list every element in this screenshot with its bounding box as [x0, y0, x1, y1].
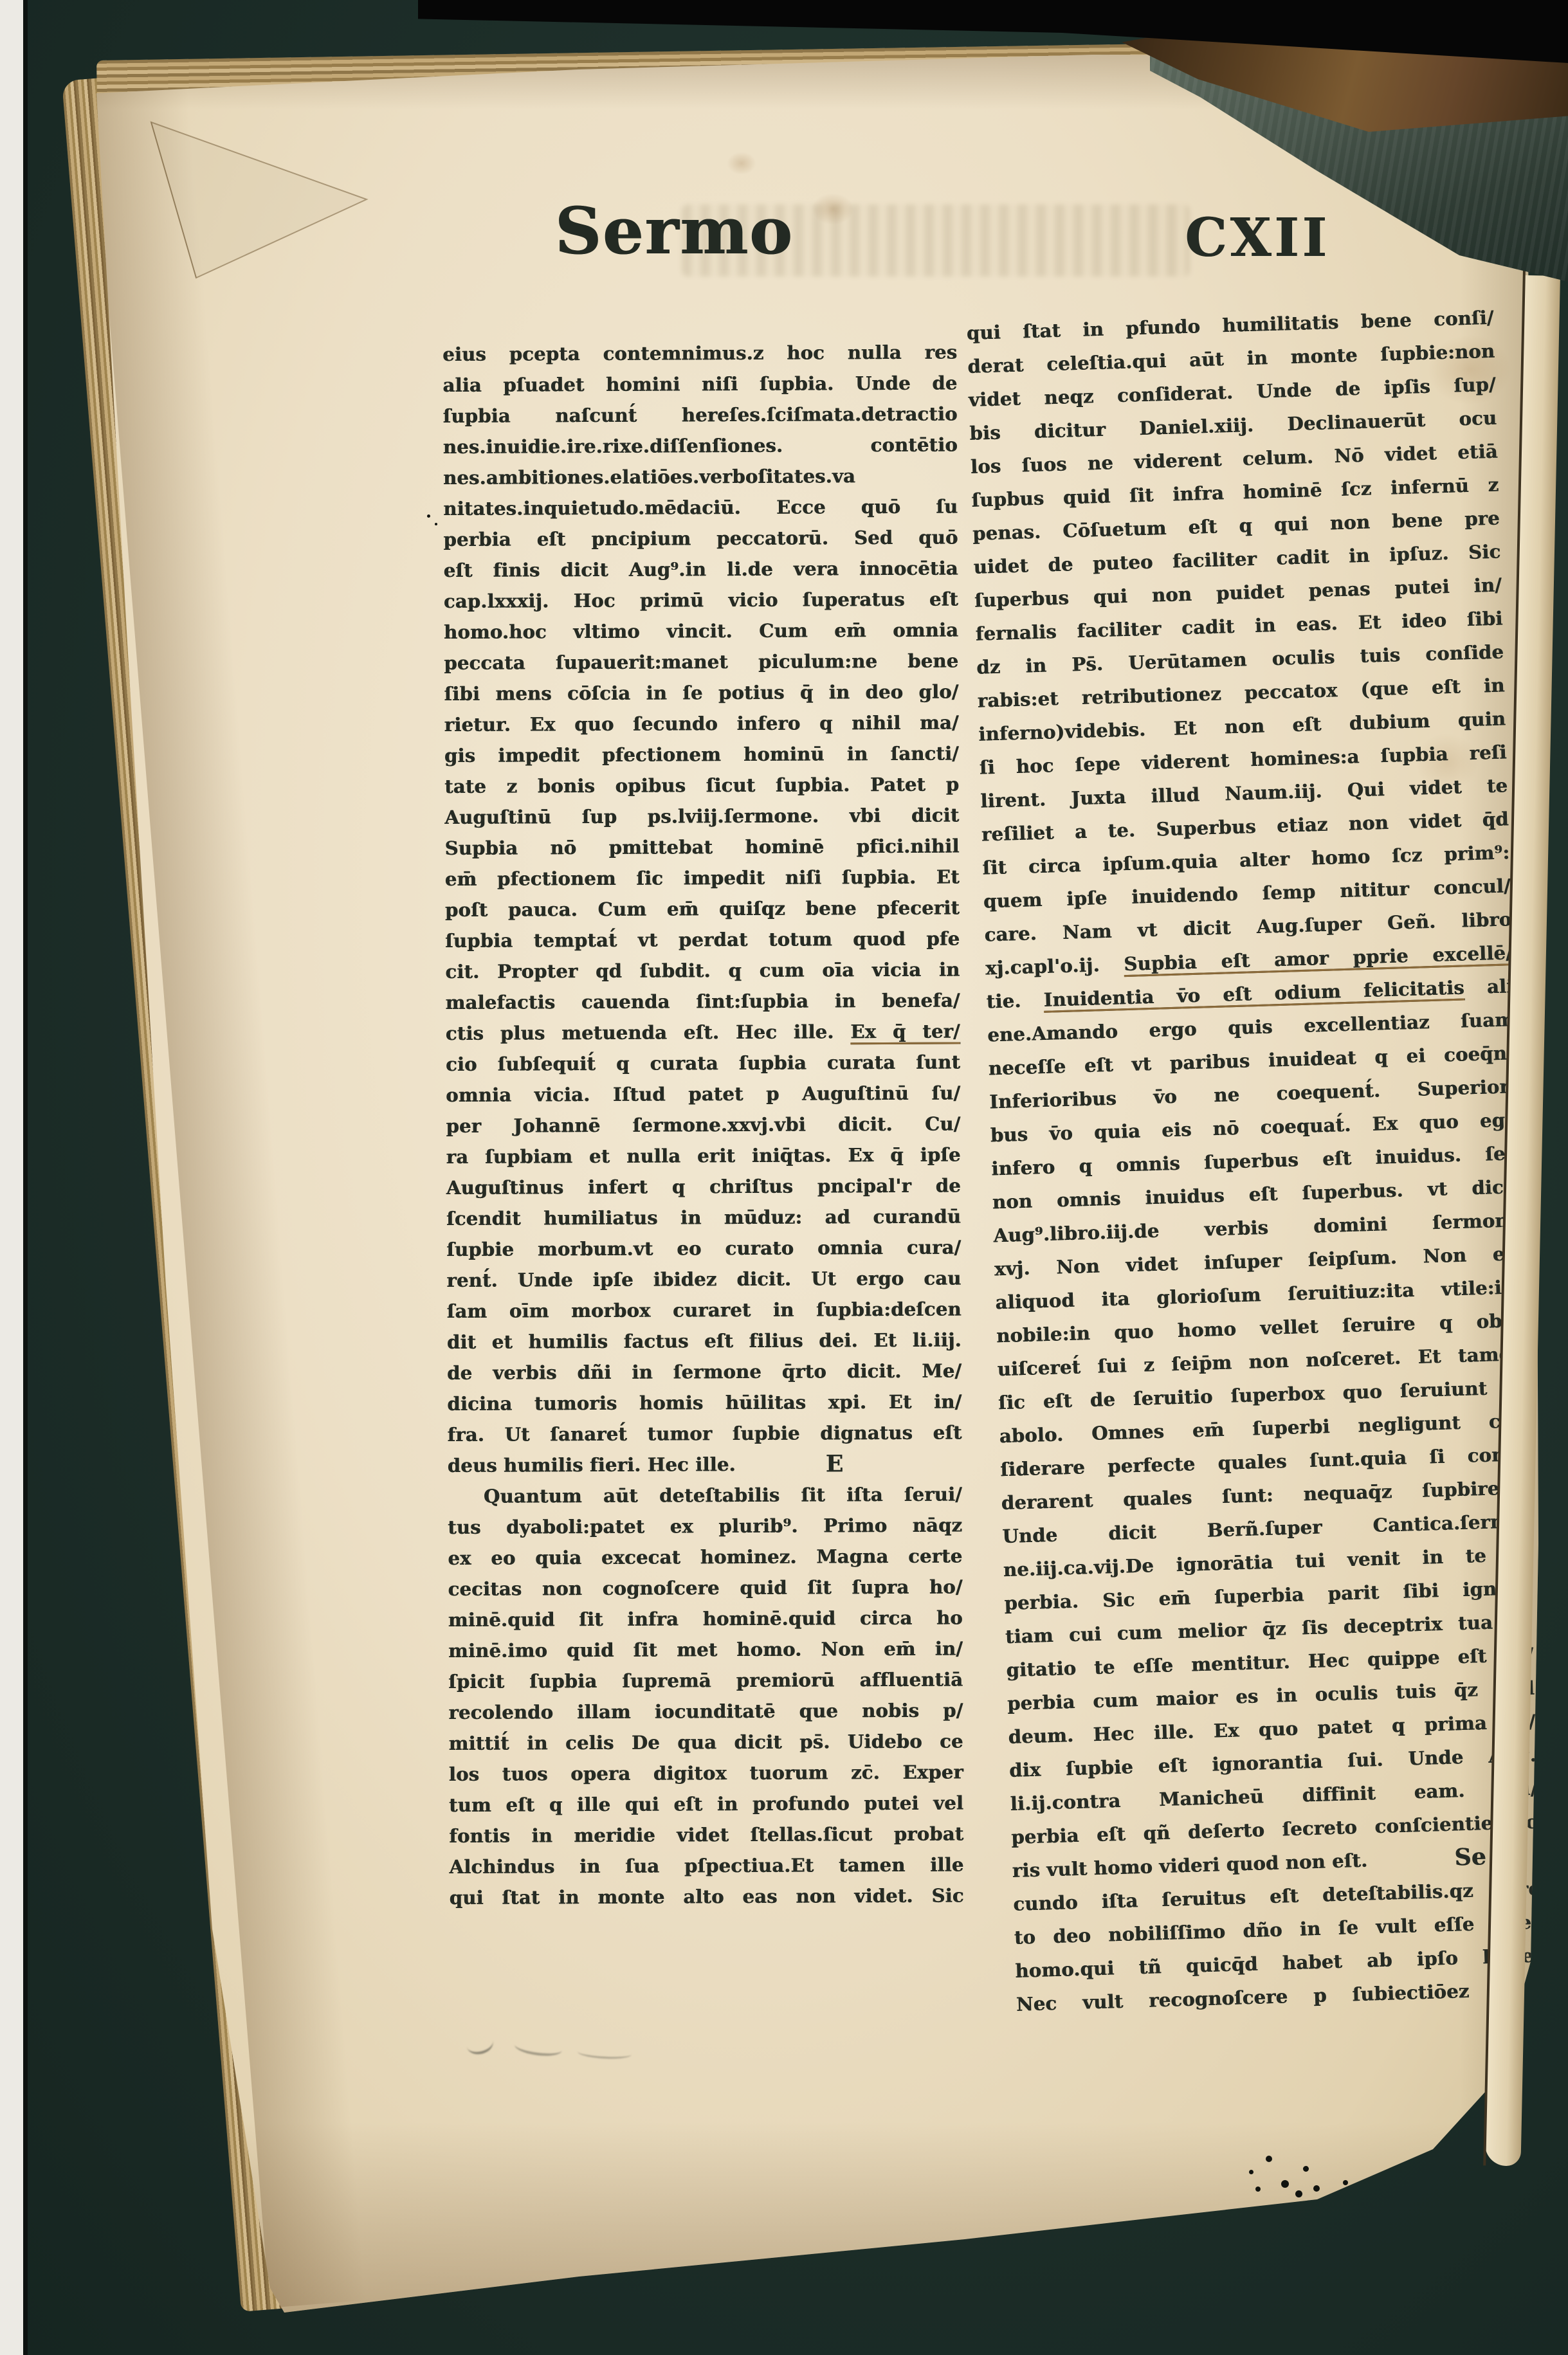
text-line: dicina tumoris homis hūilitas xpi. Et in… — [447, 1386, 962, 1419]
ink-speck — [1065, 2259, 1070, 2263]
page-inner-shadow-left — [90, 69, 366, 2308]
text-line: ctis plus metuenda eſt. Hec ille. Ex q̄ … — [446, 1015, 960, 1048]
ink-speck — [1281, 2180, 1289, 2188]
text-line: nes.ambitiones.elatiōes.verboſitates.va — [443, 460, 958, 493]
text-line: de verbis dñi in ſermone q̄rto dicit. Me… — [447, 1355, 962, 1388]
text-line: ex eo quia excecat hominez. Magna certe — [448, 1540, 962, 1573]
text-line: ſupbia temptat́ vt perdat totum quod pfe — [445, 923, 960, 956]
text-line: Alchindus in ſua pſpectiua.Et tamen ille — [449, 1849, 963, 1882]
ink-speck — [1333, 2219, 1338, 2224]
text-line: em̄ pfectionem ſic impedit niſi ſupbia. … — [445, 862, 960, 895]
ink-speck — [427, 514, 430, 518]
text-line: tum eſt q ille qui eſt in profundo putei… — [449, 1787, 963, 1820]
text-line: gis impedit pfectionem hominū in ſancti/ — [444, 738, 959, 771]
text-line: rietur. Ex quo ſecundo infero q nihil ma… — [444, 707, 959, 740]
text-line: tus dyaboli:patet ex plurib⁹. Primo nāqz — [448, 1509, 962, 1542]
ink-speck — [1295, 2190, 1302, 2197]
ink-speck — [1249, 2170, 1253, 2174]
ink-speck — [1326, 2199, 1334, 2207]
text-line: homo.hoc vltimo vincit. Cum em̄ omnia — [444, 615, 958, 648]
hand-underline: Ex q̄ ter/ — [850, 1020, 960, 1042]
text-line: ra ſupbiam et nulla erit iniq̄tas. Ex q̄… — [446, 1139, 960, 1172]
running-title: Sermo — [539, 193, 809, 269]
text-line: ſam oīm morbox curaret in ſupbia:deſcen — [446, 1293, 961, 1326]
text-line: recolendo illam iocunditatē que nobis p/ — [448, 1695, 963, 1727]
ink-speck — [1313, 2185, 1320, 2192]
text-line: poſt pauca. Cum em̄ quiſqz bene pfecerit — [445, 893, 960, 925]
foxing-stain — [812, 193, 854, 225]
text-line: dit et humilis factus eſt filius dei. Et… — [447, 1324, 962, 1357]
text-line: malefactis cauenda ſint:ſupbia in benefa… — [445, 985, 960, 1017]
text-line: Supbia nō pmittebat hominē pfici.nihil — [444, 831, 959, 864]
page-inner-shadow-bottom — [244, 2122, 1531, 2315]
text-line: cap.lxxxij. Hoc primū vicio ſuperatus eſ… — [444, 584, 958, 617]
text-line: ſupbie morbum.vt eo curato omnia cura/ — [446, 1232, 961, 1264]
dog-ear-crease — [90, 77, 424, 347]
text-column-right: qui ſtat in pfundo humilitatis bene conſ… — [966, 301, 1544, 2021]
folio-number: CXII — [1174, 207, 1341, 269]
text-line: cecitas non cognoſcere quid ſit ſupra ho… — [448, 1571, 962, 1604]
text-line: qui ſtat in monte alto eas non videt. Si… — [449, 1880, 963, 1913]
text-line: omnia vicia. Iſtud patet p Auguſtinū ſu/ — [446, 1077, 960, 1110]
ink-speck — [1088, 2264, 1092, 2268]
text-line: nitates.inquietudo.mēdaciū. Ecce quō ſu — [443, 491, 958, 524]
ink-speck — [1266, 2156, 1272, 2162]
text-column-left: eius pcepta contemnimus.z hoc nulla resa… — [442, 337, 964, 1913]
hand-underline: Supbia eſt amor pprie excellē/ — [1124, 941, 1513, 975]
ink-speck — [435, 523, 437, 525]
text-line: deus humilis fieri. Hec ille.E — [448, 1448, 962, 1480]
text-line: perbia eſt pncipium peccatorū. Sed quō — [443, 522, 958, 555]
text-line: eſt finis dicit Aug⁹.in li.de vera innoc… — [443, 553, 958, 586]
ink-speck — [1255, 2187, 1261, 2192]
text-line: eius pcepta contemnimus.z hoc nulla res — [442, 337, 957, 370]
text-line: ſupbia naſcunt́ hereſes.ſciſmata.detract… — [442, 399, 957, 432]
book-page: Sermo CXII eius pcepta contemnimus.z hoc… — [0, 0, 1568, 2355]
ink-speck — [1343, 2180, 1348, 2185]
ink-smudge — [514, 2037, 563, 2059]
ink-speck — [1367, 2214, 1372, 2219]
text-line: Auguſtinus infert q chriſtus pncipal'r d… — [446, 1170, 961, 1203]
ink-speck — [1288, 2221, 1294, 2228]
text-line: per Johannē ſermone.xxvj.vbi dicit. Cu/ — [446, 1108, 960, 1141]
guide-letter: E — [826, 1448, 844, 1479]
text-line: minē.imo quid ſit met homo. Non em̄ in/ — [448, 1633, 963, 1666]
text-line: tate z bonis opibus ſicut ſupbia. Patet … — [444, 769, 959, 802]
text-line: cit. Propter qd ſubdit. q cum oīa vicia … — [445, 954, 960, 987]
ink-speck — [1271, 2207, 1277, 2213]
ink-speck — [1354, 2196, 1360, 2201]
text-line: los tuos opera digitox tuorum zc̄. Exper — [449, 1756, 963, 1789]
text-line: ſpicit ſupbia ſupremā premiorū affluenti… — [448, 1664, 963, 1696]
ink-speck — [1303, 2166, 1309, 2172]
text-line: mittit́ in celis De qua dicit ps̄. Uideb… — [448, 1725, 963, 1758]
text-line: ſcendit humiliatus in mūduz: ad curandū — [446, 1201, 961, 1233]
ink-smudge — [464, 2030, 495, 2057]
scanner-edge-strip — [0, 0, 23, 2355]
text-line: nes.inuidie.ire.rixe.diſſenſiones. contē… — [443, 430, 958, 462]
text-line: rent́. Unde ipſe ibidez dicit. Ut ergo c… — [446, 1262, 961, 1295]
foxing-stain — [727, 152, 756, 175]
text-line: cio ſubſequit́ q curata ſupbia curata ſu… — [446, 1046, 960, 1079]
text-line: peccata ſupauerit:manet piculum:ne bene — [444, 646, 958, 678]
text-line: alia pſuadet homini niſi ſupbia. Unde de — [442, 368, 957, 401]
text-line: Quantum aūt deteſtabilis ſit iſta ſerui/ — [448, 1478, 962, 1511]
text-line: ſibi mens cōſcia in ſe potius q̄ in deo … — [444, 677, 958, 709]
text-line: fra. Ut ſanaret́ tumor ſupbie dignatus e… — [447, 1417, 962, 1450]
ink-smudge — [578, 2046, 632, 2060]
text-line: fontis in meridie videt ſtellas.ſicut pr… — [449, 1818, 963, 1851]
text-line: Auguſtinū ſup ps.lviij.ſermone. vbi dici… — [444, 800, 959, 833]
text-line: minē.quid ſit infra hominē.quid circa ho — [448, 1602, 963, 1635]
scanner-edge-shadow — [23, 0, 28, 2355]
guide-letter: Se — [1454, 1840, 1487, 1874]
